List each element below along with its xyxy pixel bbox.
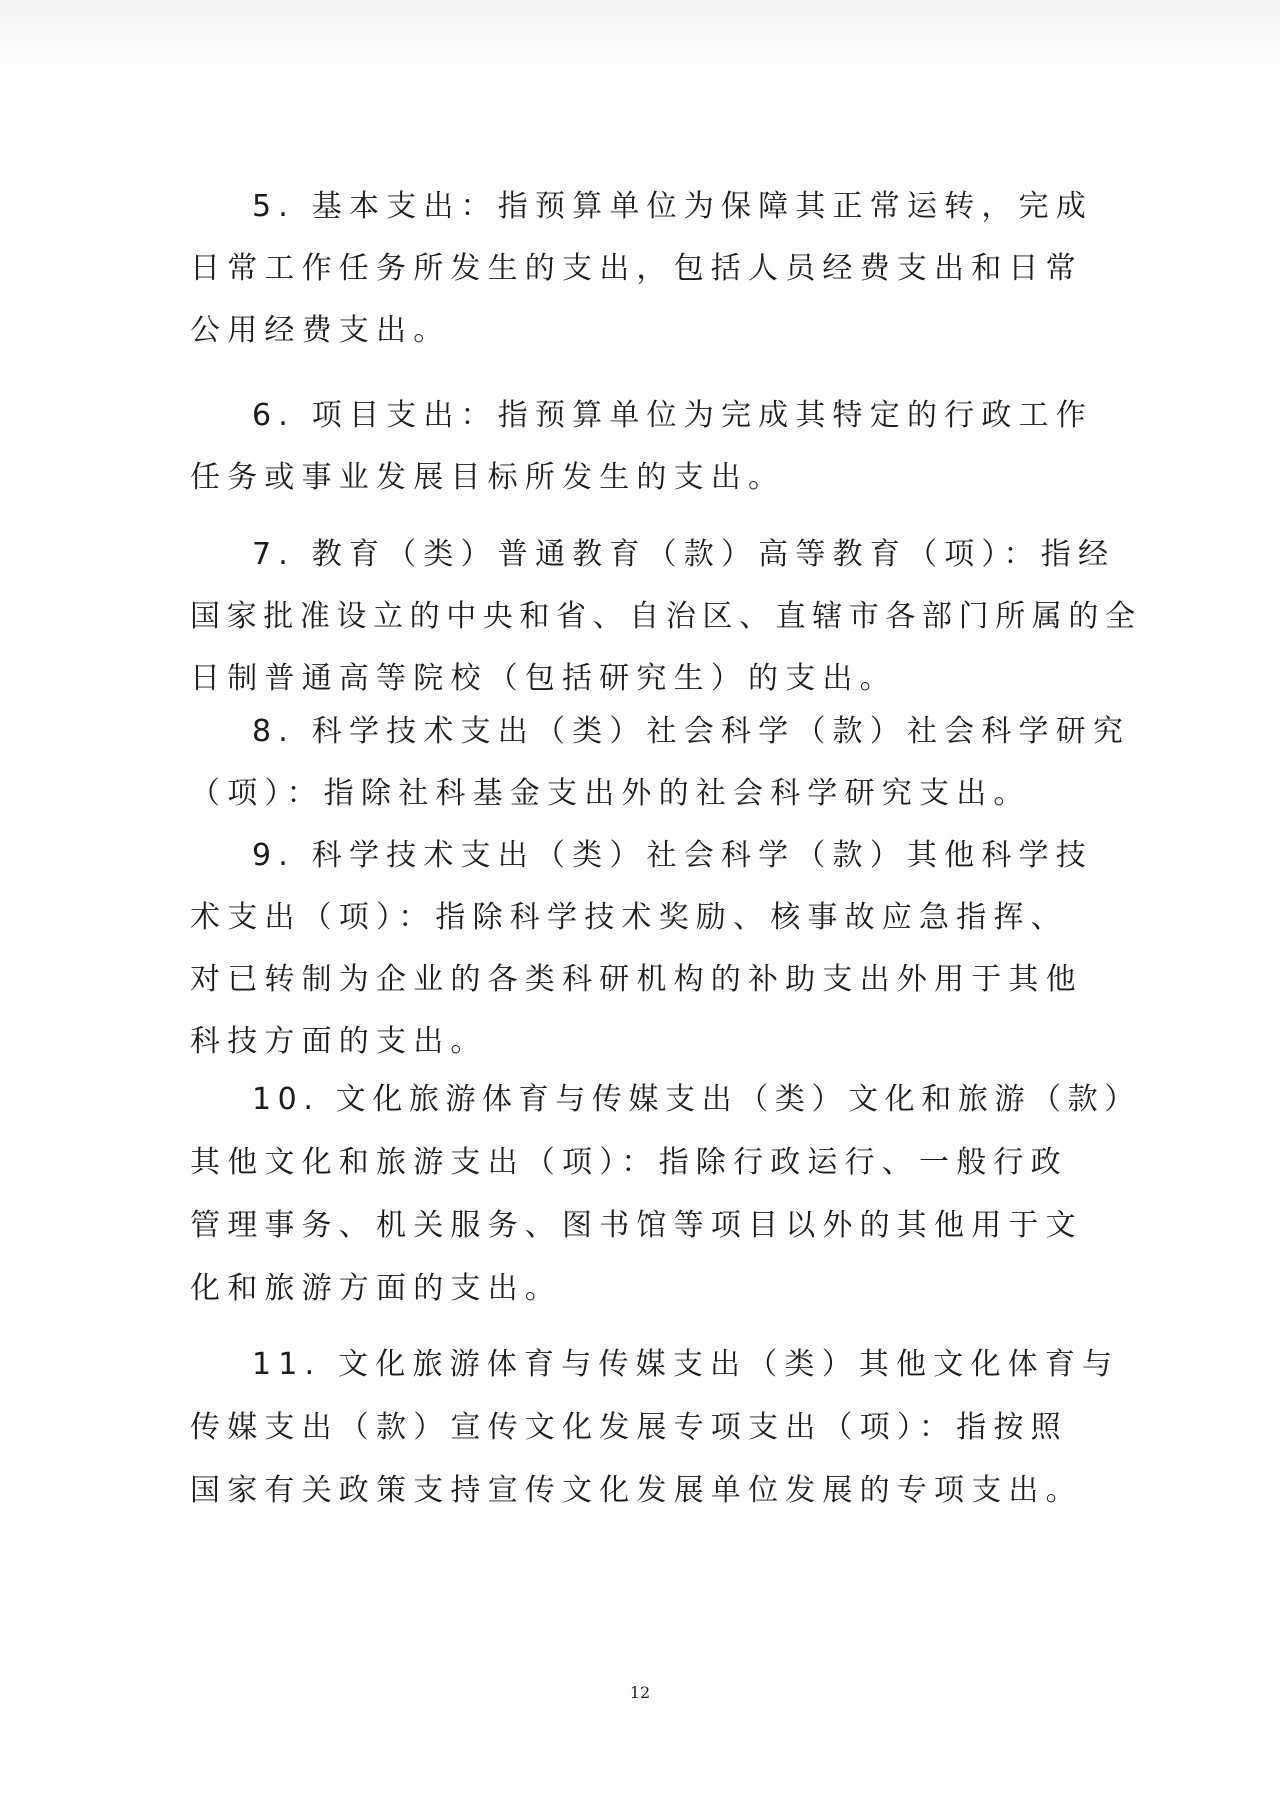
scan-top-edge bbox=[0, 0, 1280, 70]
paragraph-9-line-2: 术支出（项）：指除科学技术奖励、核事故应急指挥、 bbox=[190, 898, 1050, 938]
paragraph-5-line-1: 5. 基本支出：指预算单位为保障其正常运转，完成 bbox=[252, 187, 1112, 227]
page-number: 12 bbox=[0, 1683, 1280, 1702]
paragraph-11-line-3: 国家有关政策支持宣传文化发展单位发展的专项支出。 bbox=[190, 1471, 1050, 1511]
paragraph-9-line-3: 对已转制为企业的各类科研机构的补助支出外用于其他 bbox=[190, 960, 1050, 1000]
paragraph-10-line-4: 化和旅游方面的支出。 bbox=[190, 1269, 1050, 1309]
paragraph-10-line-2: 其他文化和旅游支出（项）：指除行政运行、一般行政 bbox=[190, 1143, 1050, 1183]
paragraph-6-line-2: 任务或事业发展目标所发生的支出。 bbox=[190, 458, 1050, 498]
paragraph-8-line-2: （项）：指除社科基金支出外的社会科学研究支出。 bbox=[190, 774, 1050, 814]
paragraph-8-line-1: 8. 科学技术支出（类）社会科学（款）社会科学研究 bbox=[252, 712, 1112, 752]
paragraph-5-line-3: 公用经费支出。 bbox=[190, 311, 1050, 351]
paragraph-5-line-2: 日常工作任务所发生的支出，包括人员经费支出和日常 bbox=[190, 249, 1050, 289]
paragraph-10-line-1: 10. 文化旅游体育与传媒支出（类）文化和旅游（款） bbox=[252, 1080, 1112, 1120]
paragraph-9-line-4: 科技方面的支出。 bbox=[190, 1022, 1050, 1062]
paragraph-7-line-3: 日制普通高等院校（包括研究生）的支出。 bbox=[190, 659, 1050, 699]
paragraph-7-line-1: 7. 教育（类）普通教育（款）高等教育（项）：指经 bbox=[252, 535, 1112, 575]
paragraph-11-line-1: 11. 文化旅游体育与传媒支出（类）其他文化体育与 bbox=[252, 1345, 1112, 1385]
paragraph-11-line-2: 传媒支出（款）宣传文化发展专项支出（项）：指按照 bbox=[190, 1408, 1050, 1448]
paragraph-9-line-1: 9. 科学技术支出（类）社会科学（款）其他科学技 bbox=[252, 836, 1112, 876]
paragraph-7-line-2: 国家批准设立的中央和省、自治区、直辖市各部门所属的全 bbox=[190, 597, 1050, 637]
document-page: 5. 基本支出：指预算单位为保障其正常运转，完成 日常工作任务所发生的支出，包括… bbox=[0, 0, 1280, 1810]
paragraph-10-line-3: 管理事务、机关服务、图书馆等项目以外的其他用于文 bbox=[190, 1206, 1050, 1246]
paragraph-6-line-1: 6. 项目支出：指预算单位为完成其特定的行政工作 bbox=[252, 396, 1112, 436]
